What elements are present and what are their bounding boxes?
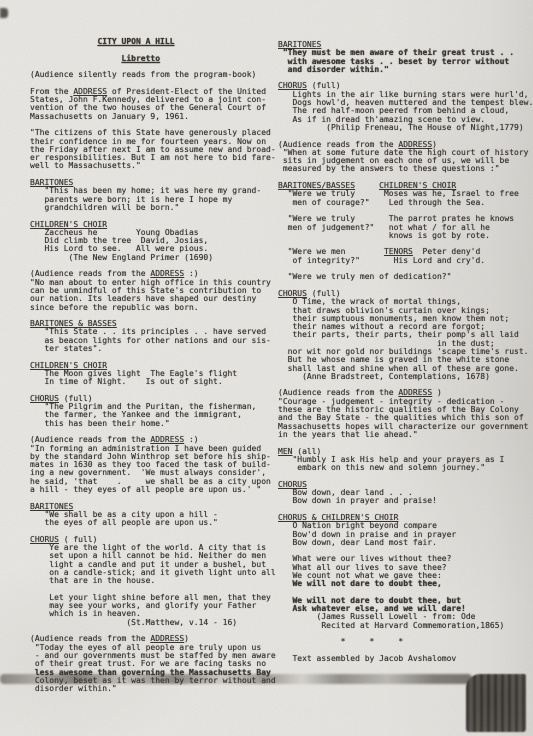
text-line: a hill - they eyes of all people are upo… [30,486,270,494]
text-line: Massachusetts on January 9, 1961. [30,113,270,121]
text-line: (The New England Primer (1690) [30,254,270,262]
left-column: CITY UPON A HILL Libretto (Audience sile… [30,38,270,693]
text-line: "Were we truly men of dedication?" [278,273,528,281]
right-column: BARITONES "They must be men aware of the… [278,41,528,663]
text-line: (Audience silently reads from the progra… [30,71,270,79]
text-line: in the years that lie ahead." [278,431,528,439]
text-line: disorder within." [30,685,270,693]
text-line: measured by the answers to these questio… [278,165,528,173]
text-line: Bow down in prayer and praise! [278,497,528,505]
text-line: well to Massachusetts." [30,162,270,170]
ink-smudge-band [0,674,472,684]
ink-smudge-top-left [0,8,8,18]
text-line: (Philip Freneau, The House of Night,1779… [278,124,528,132]
text-line: that are in the house. [30,577,270,585]
text-line: In time of Night. Is out of sight. [30,378,270,386]
text-line: Recited at Harvard Commemoration,1865) [278,622,528,630]
text-line: We will not dare to doubt thee, [278,580,528,588]
text-line: since before the republic was born. [30,304,270,312]
text-line: (St.Matthew, v.14 - 16) [30,619,270,627]
text-line: men of courage?" Led through the Sea. [278,199,528,207]
text-line: and disorder within." [278,66,528,74]
text-line: Libretto [30,55,270,63]
text-line [278,472,528,480]
text-line: this has been their home." [30,420,270,428]
text-line: ter states". [30,345,270,353]
text-line: embark on this new and solemn journey." [278,464,528,472]
scanned-libretto-page: CITY UPON A HILL Libretto (Audience sile… [0,0,533,736]
text-line: Text assembled by Jacob Avshalomov [278,655,528,663]
text-line: knows is got by rote. [278,232,528,240]
text-line: CITY UPON A HILL [30,38,270,46]
text-line: the eyes of all people are upon us." [30,519,270,527]
text-line: * * * [278,638,528,646]
text-line: grandchildren will be born." [30,204,270,212]
text-line: of integrity?" His Lord and cry'd. [278,257,528,265]
text-line: (Anne Bradstreet, Contemplations, 1678) [278,373,528,381]
text-line: Bow down, dear Land most fair. [278,539,528,547]
ink-smudge-bottom-right [466,674,526,732]
